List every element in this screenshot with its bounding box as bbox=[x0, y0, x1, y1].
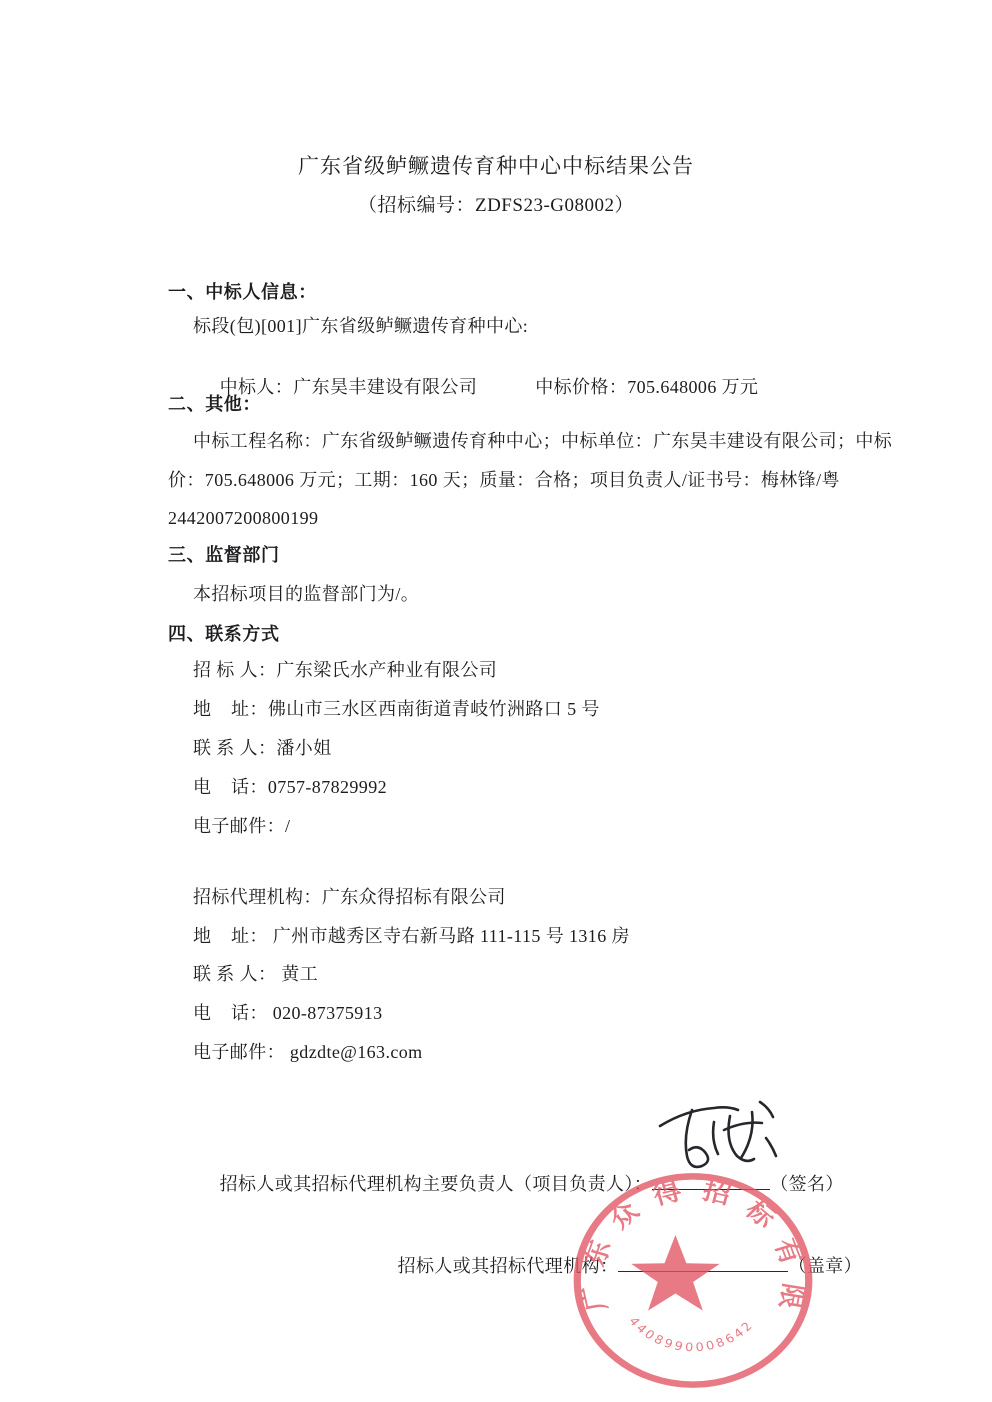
agency-address-row: 地 址： 广州市越秀区寺右新马路 111-115 号 1316 房 bbox=[193, 924, 630, 948]
agency-email-row: 电子邮件： gdzdte@163.com bbox=[193, 1040, 423, 1064]
other-line-1: 中标工程名称：广东省级鲈鳜遗传育种中心；中标单位：广东昊丰建设有限公司；中标 bbox=[168, 429, 892, 453]
agency-row: 招标代理机构：广东众得招标有限公司 bbox=[193, 885, 506, 909]
svg-text:4408990008642: 4408990008642 bbox=[626, 1315, 755, 1355]
agency-contact-row: 联 系 人： 黄工 bbox=[193, 962, 318, 986]
document-title: 广东省级鲈鳜遗传育种中心中标结果公告 bbox=[0, 150, 992, 180]
email-value: / bbox=[285, 816, 290, 836]
handwritten-signature bbox=[648, 1094, 786, 1176]
address-label: 地 址： bbox=[193, 699, 268, 719]
other-line-2: 价：705.648006 万元；工期：160 天；质量：合格；项目负责人/证书号… bbox=[168, 468, 840, 492]
agency-email-label: 电子邮件： bbox=[193, 1042, 285, 1062]
email-label: 电子邮件： bbox=[193, 816, 285, 836]
tenderer-row: 招 标 人：广东梁氏水产种业有限公司 bbox=[193, 658, 497, 682]
tenderer-contact-row: 联 系 人：潘小姐 bbox=[193, 736, 332, 760]
agency-contact-label: 联 系 人： bbox=[193, 964, 276, 984]
tenderer-value: 广东梁氏水产种业有限公司 bbox=[276, 660, 497, 680]
winner-line: 中标人：广东昊丰建设有限公司中标价格：705.648006 万元 bbox=[200, 351, 758, 423]
agency-phone-row: 电 话： 020-87375913 bbox=[193, 1001, 383, 1025]
tenderer-address-row: 地 址：佛山市三水区西南街道青岐竹洲路口 5 号 bbox=[193, 697, 600, 721]
tender-number: （招标编号：ZDFS23-G08002） bbox=[0, 190, 992, 217]
agency-address-value: 广州市越秀区寺右新马路 111-115 号 1316 房 bbox=[268, 926, 630, 946]
section3-heading: 三、监督部门 bbox=[168, 541, 280, 567]
address-value: 佛山市三水区西南街道青岐竹洲路口 5 号 bbox=[268, 699, 600, 719]
section4-heading: 四、联系方式 bbox=[168, 620, 280, 646]
tenderer-label: 招 标 人： bbox=[193, 660, 276, 680]
other-line-3: 2442007200800199 bbox=[168, 506, 318, 530]
contact-label: 联 系 人： bbox=[193, 738, 276, 758]
agency-phone-value: 020-87375913 bbox=[268, 1003, 383, 1023]
seal-star-icon bbox=[631, 1235, 719, 1311]
seal-number-text: 4408990008642 bbox=[626, 1315, 755, 1355]
agency-email-value: gdzdte@163.com bbox=[285, 1042, 423, 1062]
document-page: 广东省级鲈鳜遗传育种中心中标结果公告 （招标编号：ZDFS23-G08002） … bbox=[0, 0, 992, 1402]
agency-contact-value: 黄工 bbox=[276, 964, 318, 984]
contact-value: 潘小姐 bbox=[276, 738, 331, 758]
phone-label: 电 话： bbox=[193, 777, 268, 797]
section2-heading: 二、其他： bbox=[168, 390, 261, 416]
lot-line: 标段(包)[001]广东省级鲈鳜遗传育种中心: bbox=[193, 314, 528, 338]
price-value: 705.648006 万元 bbox=[627, 377, 758, 397]
price-label: 中标价格： bbox=[535, 377, 627, 397]
winner-name: 广东昊丰建设有限公司 bbox=[293, 377, 477, 397]
agency-address-label: 地 址： bbox=[193, 926, 268, 946]
agency-label: 招标代理机构： bbox=[193, 887, 322, 907]
section1-heading: 一、中标人信息： bbox=[168, 278, 317, 304]
phone-value: 0757-87829992 bbox=[268, 777, 387, 797]
tenderer-phone-row: 电 话：0757-87829992 bbox=[193, 775, 387, 799]
company-seal: 广东众得招标有限公司 4408990008642 bbox=[569, 1169, 817, 1392]
agency-value: 广东众得招标有限公司 bbox=[322, 887, 506, 907]
supervision-line: 本招标项目的监督部门为/。 bbox=[193, 582, 419, 606]
tenderer-email-row: 电子邮件：/ bbox=[193, 814, 290, 838]
agency-phone-label: 电 话： bbox=[193, 1003, 268, 1023]
